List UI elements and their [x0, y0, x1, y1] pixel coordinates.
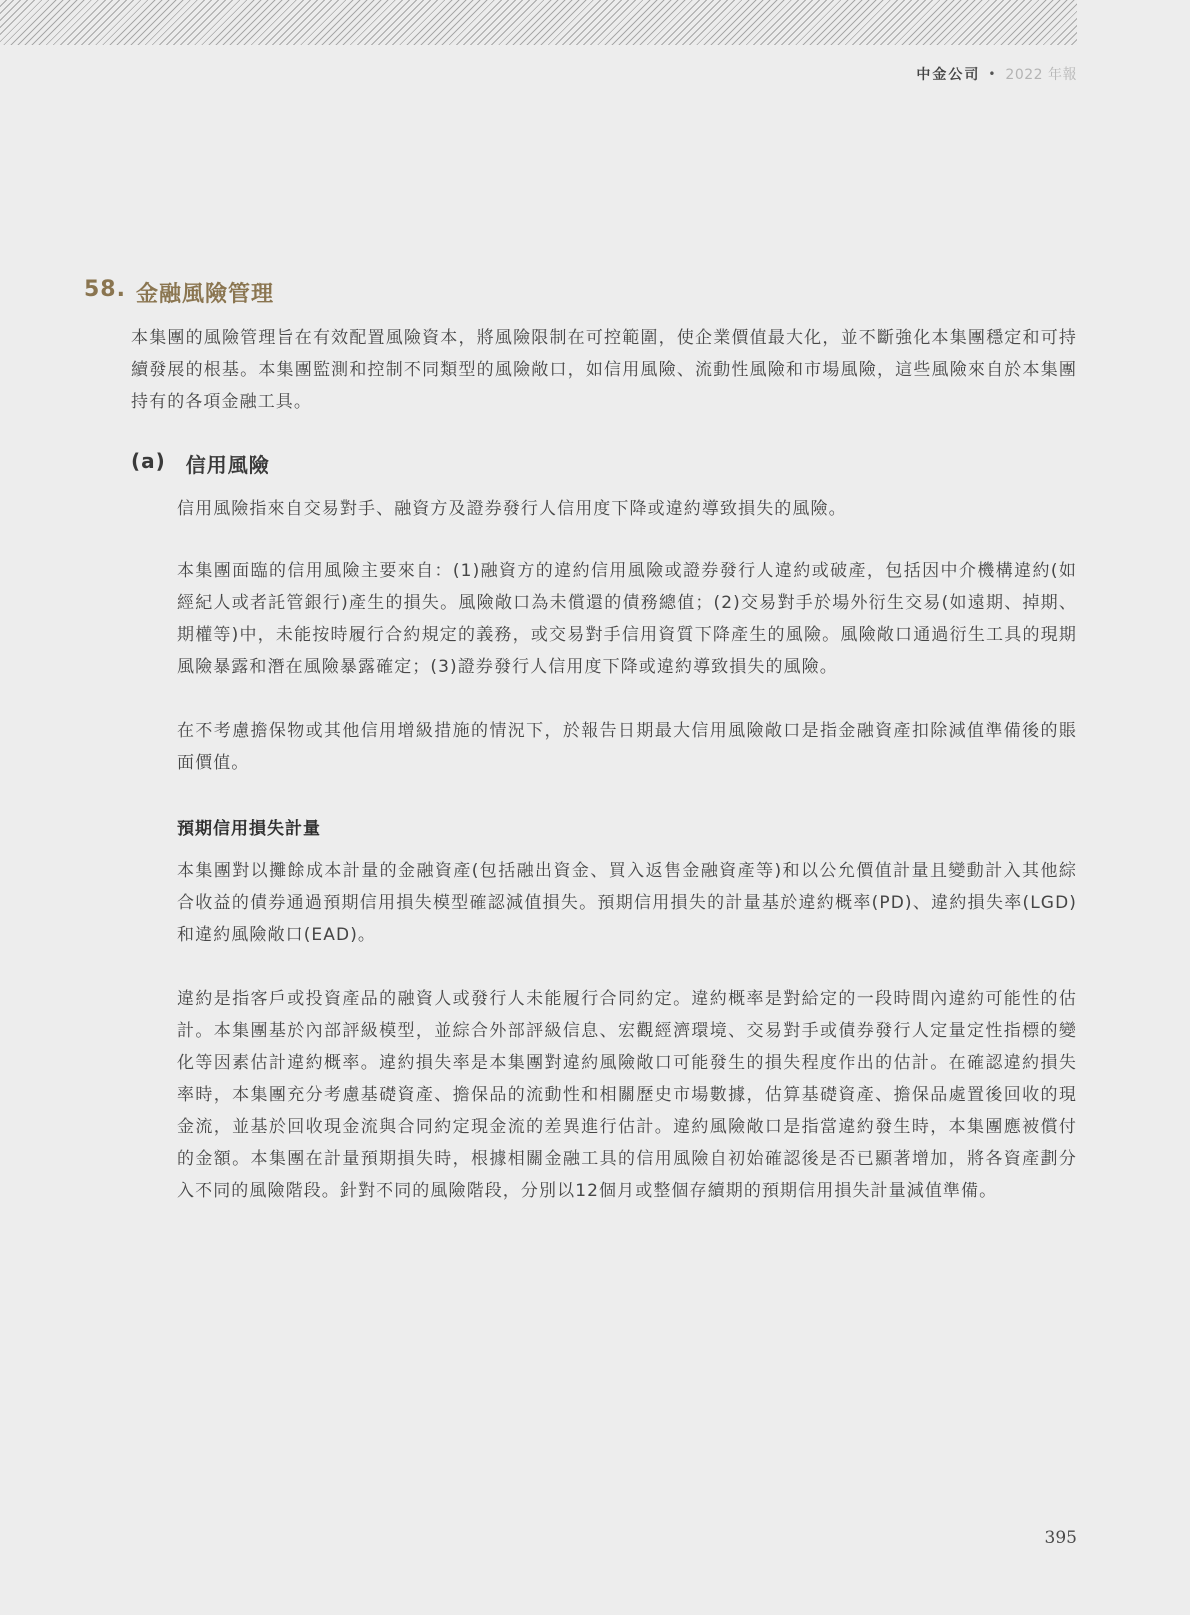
ecl-measurement-paragraph: 本集團對以攤餘成本計量的金融資產(包括融出資金、買入返售金融資產等)和以公允價值…	[177, 855, 1077, 951]
credit-risk-sources-paragraph: 本集團面臨的信用風險主要來自：(1)融資方的違約信用風險或證券發行人違約或破產，…	[177, 555, 1077, 683]
ecl-heading: 預期信用損失計量	[177, 814, 321, 839]
running-header: 中金公司 • 2022 年報	[916, 64, 1077, 84]
default-definition-paragraph: 違約是指客戶或投資產品的融資人或發行人未能履行合同約定。違約概率是對給定的一段時…	[177, 983, 1077, 1207]
header-report-title: 2022 年報	[1005, 64, 1077, 84]
credit-risk-definition-paragraph: 信用風險指來自交易對手、融資方及證券發行人信用度下降或違約導致損失的風險。	[177, 493, 1077, 525]
section-number: 58.	[84, 277, 126, 308]
subsection-heading: (a) 信用風險	[131, 449, 270, 478]
header-company: 中金公司	[916, 64, 980, 84]
page-number: 395	[1045, 1528, 1077, 1548]
decorative-hatch-band	[0, 0, 1077, 45]
bullet-separator-icon: •	[988, 67, 997, 81]
subsection-title: 信用風險	[186, 449, 270, 478]
section-heading: 58. 金融風險管理	[84, 277, 274, 308]
max-exposure-paragraph: 在不考慮擔保物或其他信用增級措施的情況下，於報告日期最大信用風險敞口是指金融資產…	[177, 715, 1077, 779]
section-title: 金融風險管理	[136, 277, 274, 308]
section-intro-paragraph: 本集團的風險管理旨在有效配置風險資本，將風險限制在可控範圍，使企業價值最大化，並…	[131, 322, 1077, 418]
subsection-label: (a)	[131, 449, 166, 478]
